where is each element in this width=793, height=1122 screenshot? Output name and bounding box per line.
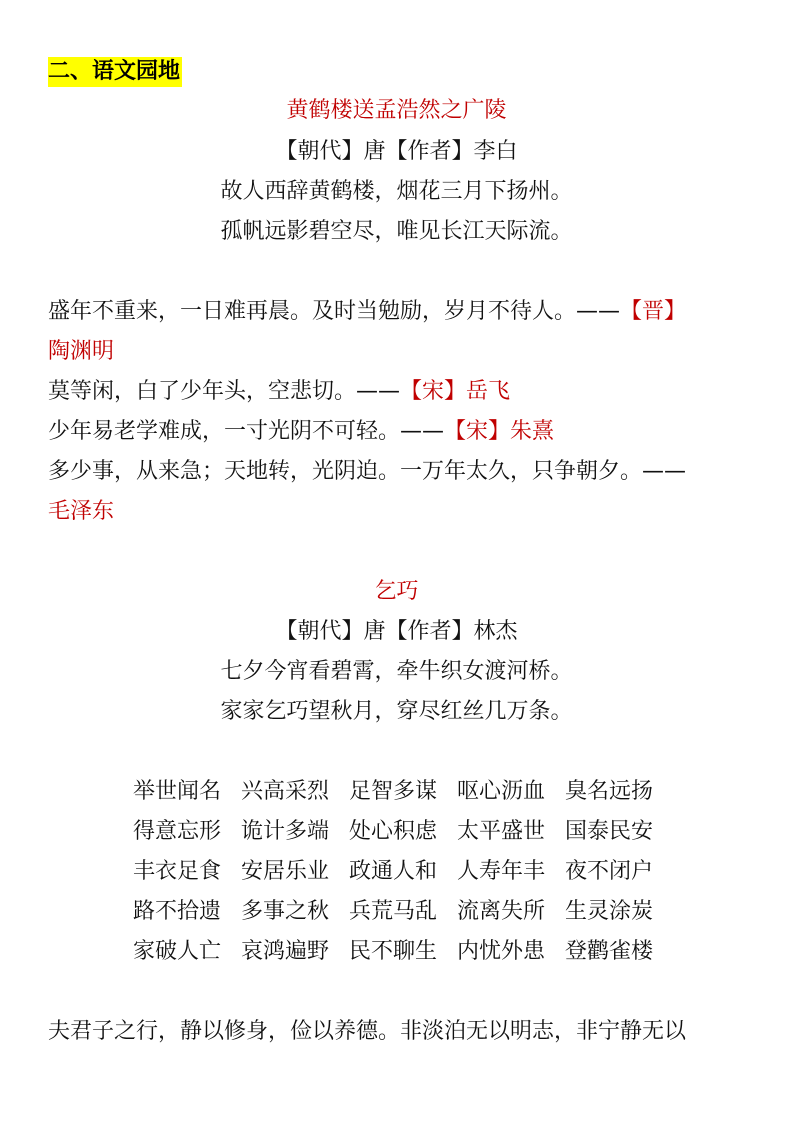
document-page: 二、语文园地 黄鹤楼送孟浩然之广陵 【朝代】唐【作者】李白 故人西辞黄鹤楼，烟花… [0,0,793,1122]
idiom: 哀鸿遍野 [241,937,349,967]
idiom: 多事之秋 [241,897,349,927]
quote: 少年易老学难成，一寸光阴不可轻。——【宋】朱熹 [48,417,554,447]
idiom: 安居乐业 [241,857,349,887]
quote: 多少事，从来急；天地转，光阴迫。一万年太久，只争朝夕。—— [48,457,686,487]
idiom: 处心积虑 [349,817,457,847]
quote: 盛年不重来，一日难再晨。及时当勉励，岁月不待人。——【晋】 [48,297,686,327]
idiom: 民不聊生 [349,937,457,967]
quote-author: 毛泽东 [48,497,114,527]
idiom: 丰衣足食 [133,857,241,887]
closing-text: 夫君子之行，静以修身，俭以养德。非淡泊无以明志，非宁静无以 [48,1017,686,1047]
poem-meta: 【朝代】唐【作者】林杰 [0,617,793,647]
idiom: 人寿年丰 [457,857,565,887]
idiom: 内忧外患 [457,937,565,967]
idiom: 国泰民安 [565,817,673,847]
quote: 莫等闲，白了少年头，空悲切。——【宋】岳飞 [48,377,510,407]
idiom: 政通人和 [349,857,457,887]
idiom-row: 丰衣足食 安居乐业 政通人和 人寿年丰 夜不闭户 [133,857,673,887]
poem-title: 乞巧 [0,577,793,607]
idiom: 流离失所 [457,897,565,927]
idiom: 呕心沥血 [457,777,565,807]
quote-dynasty: 【晋】 [620,299,686,324]
poem-line: 故人西辞黄鹤楼，烟花三月下扬州。 [0,177,793,207]
idiom: 生灵涂炭 [565,897,673,927]
idiom: 兵荒马乱 [349,897,457,927]
poem-line: 家家乞巧望秋月，穿尽红丝几万条。 [0,697,793,727]
quote-text: 莫等闲，白了少年头，空悲切。—— [48,379,400,404]
idiom-row: 得意忘形 诡计多端 处心积虑 太平盛世 国泰民安 [133,817,673,847]
idiom: 足智多谋 [349,777,457,807]
idiom-row: 路不拾遗 多事之秋 兵荒马乱 流离失所 生灵涂炭 [133,897,673,927]
quote-text: 多少事，从来急；天地转，光阴迫。一万年太久，只争朝夕。—— [48,459,686,484]
idiom: 家破人亡 [133,937,241,967]
idiom: 路不拾遗 [133,897,241,927]
idiom: 登鹳雀楼 [565,937,673,967]
quote-author: 陶渊明 [48,337,114,367]
quote-attribution: 【宋】岳飞 [400,379,510,404]
idiom: 兴高采烈 [241,777,349,807]
idiom: 得意忘形 [133,817,241,847]
idiom: 太平盛世 [457,817,565,847]
quote-attribution: 【宋】朱熹 [444,419,554,444]
idiom: 诡计多端 [241,817,349,847]
quote-text: 少年易老学难成，一寸光阴不可轻。—— [48,419,444,444]
idiom: 举世闻名 [133,777,241,807]
idiom: 夜不闭户 [565,857,673,887]
section-heading: 二、语文园地 [48,57,182,87]
idiom: 臭名远扬 [565,777,673,807]
idiom-row: 家破人亡 哀鸿遍野 民不聊生 内忧外患 登鹳雀楼 [133,937,673,967]
poem-meta: 【朝代】唐【作者】李白 [0,137,793,167]
poem-line: 孤帆远影碧空尽，唯见长江天际流。 [0,217,793,247]
poem-title: 黄鹤楼送孟浩然之广陵 [0,96,793,126]
idiom-row: 举世闻名 兴高采烈 足智多谋 呕心沥血 臭名远扬 [133,777,673,807]
poem-line: 七夕今宵看碧霄，牵牛织女渡河桥。 [0,657,793,687]
quote-text: 盛年不重来，一日难再晨。及时当勉励，岁月不待人。—— [48,299,620,324]
